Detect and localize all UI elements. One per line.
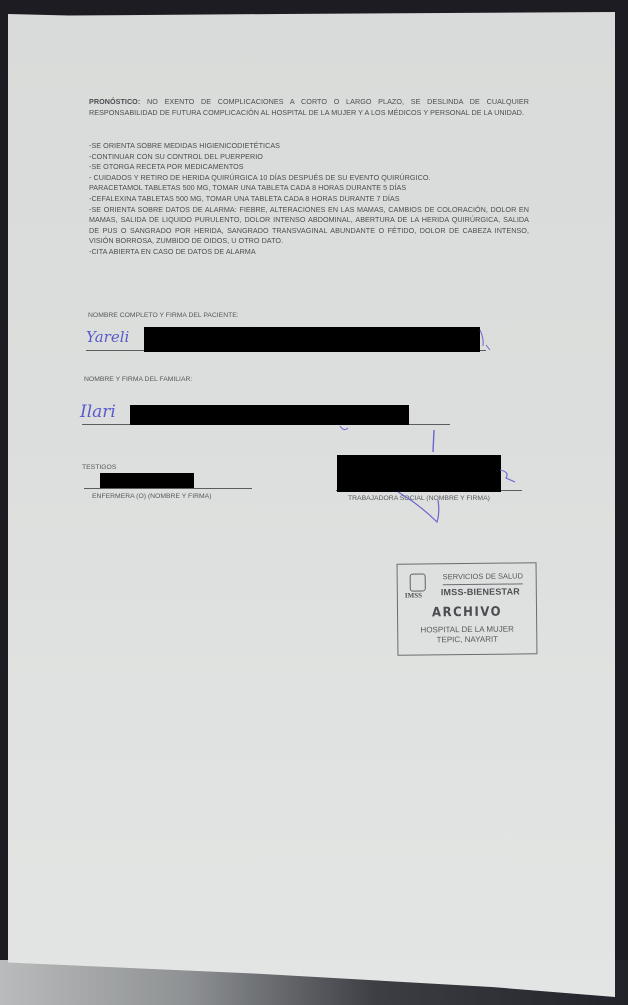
prognosis-label: PRONÓSTICO: <box>89 97 140 106</box>
witnesses-label: TESTIGOS <box>82 464 116 471</box>
stamp-line-3: HOSPITAL DE LA MUJER <box>398 624 536 634</box>
instruction-item: -CEFALEXINA TABLETAS 500 MG, TOMAR UNA T… <box>89 194 529 205</box>
prognosis-paragraph: PRONÓSTICO: NO EXENTO DE COMPLICACIONES … <box>89 97 529 118</box>
instructions-list: -SE ORIENTA SOBRE MEDIDAS HIGIENICODIETÉ… <box>89 141 529 258</box>
stamp-line-1: SERVICIOS DE SALUD <box>443 571 523 581</box>
nurse-signature-label: ENFERMERA (O) (NOMBRE Y FIRMA) <box>92 493 211 500</box>
redaction-nurse-name <box>100 473 194 488</box>
redaction-patient-name <box>144 327 480 352</box>
stamp-line-4: TEPIC, NAYARIT <box>398 634 536 644</box>
imss-logo-icon <box>410 573 426 591</box>
nurse-signature-line <box>84 488 252 489</box>
patient-handwritten-name: Yareli <box>86 328 129 346</box>
redaction-social-worker-name <box>337 455 501 492</box>
family-handwritten-name: Ilari <box>80 402 116 422</box>
instruction-item: -SE ORIENTA SOBRE MEDIDAS HIGIENICODIETÉ… <box>89 141 529 152</box>
patient-signature-label: NOMBRE COMPLETO Y FIRMA DEL PACIENTE: <box>88 312 239 319</box>
stamp-divider <box>443 583 523 585</box>
instruction-item: -SE OTORGA RECETA POR MEDICAMENTOS <box>89 162 529 173</box>
stamp-title: ARCHIVO <box>398 604 536 620</box>
instruction-item: -SE ORIENTA SOBRE DATOS DE ALARMA: FIEBR… <box>89 205 529 247</box>
instruction-item: -CITA ABIERTA EN CASO DE DATOS DE ALARMA <box>89 247 529 258</box>
stamp-line-2: IMSS-BIENESTAR <box>441 586 520 597</box>
instruction-item: - CUIDADOS Y RETIRO DE HERIDA QUIRÚRGICA… <box>89 173 529 184</box>
prognosis-text: NO EXENTO DE COMPLICACIONES A CORTO O LA… <box>89 97 529 117</box>
redaction-family-name <box>130 405 409 425</box>
family-signature-label: NOMBRE Y FIRMA DEL FAMILIAR: <box>84 376 192 383</box>
stamp-logo-text: IMSS <box>405 591 422 599</box>
archive-stamp: IMSS SERVICIOS DE SALUD IMSS-BIENESTAR A… <box>397 562 538 655</box>
instruction-item: PARACETAMOL TABLETAS 500 MG, TOMAR UNA T… <box>89 183 529 194</box>
instruction-item: -CONTINUAR CON SU CONTROL DEL PUERPERIO <box>89 152 529 163</box>
social-worker-signature-label: TRABAJADORA SOCIAL (NOMBRE Y FIRMA) <box>348 495 490 502</box>
